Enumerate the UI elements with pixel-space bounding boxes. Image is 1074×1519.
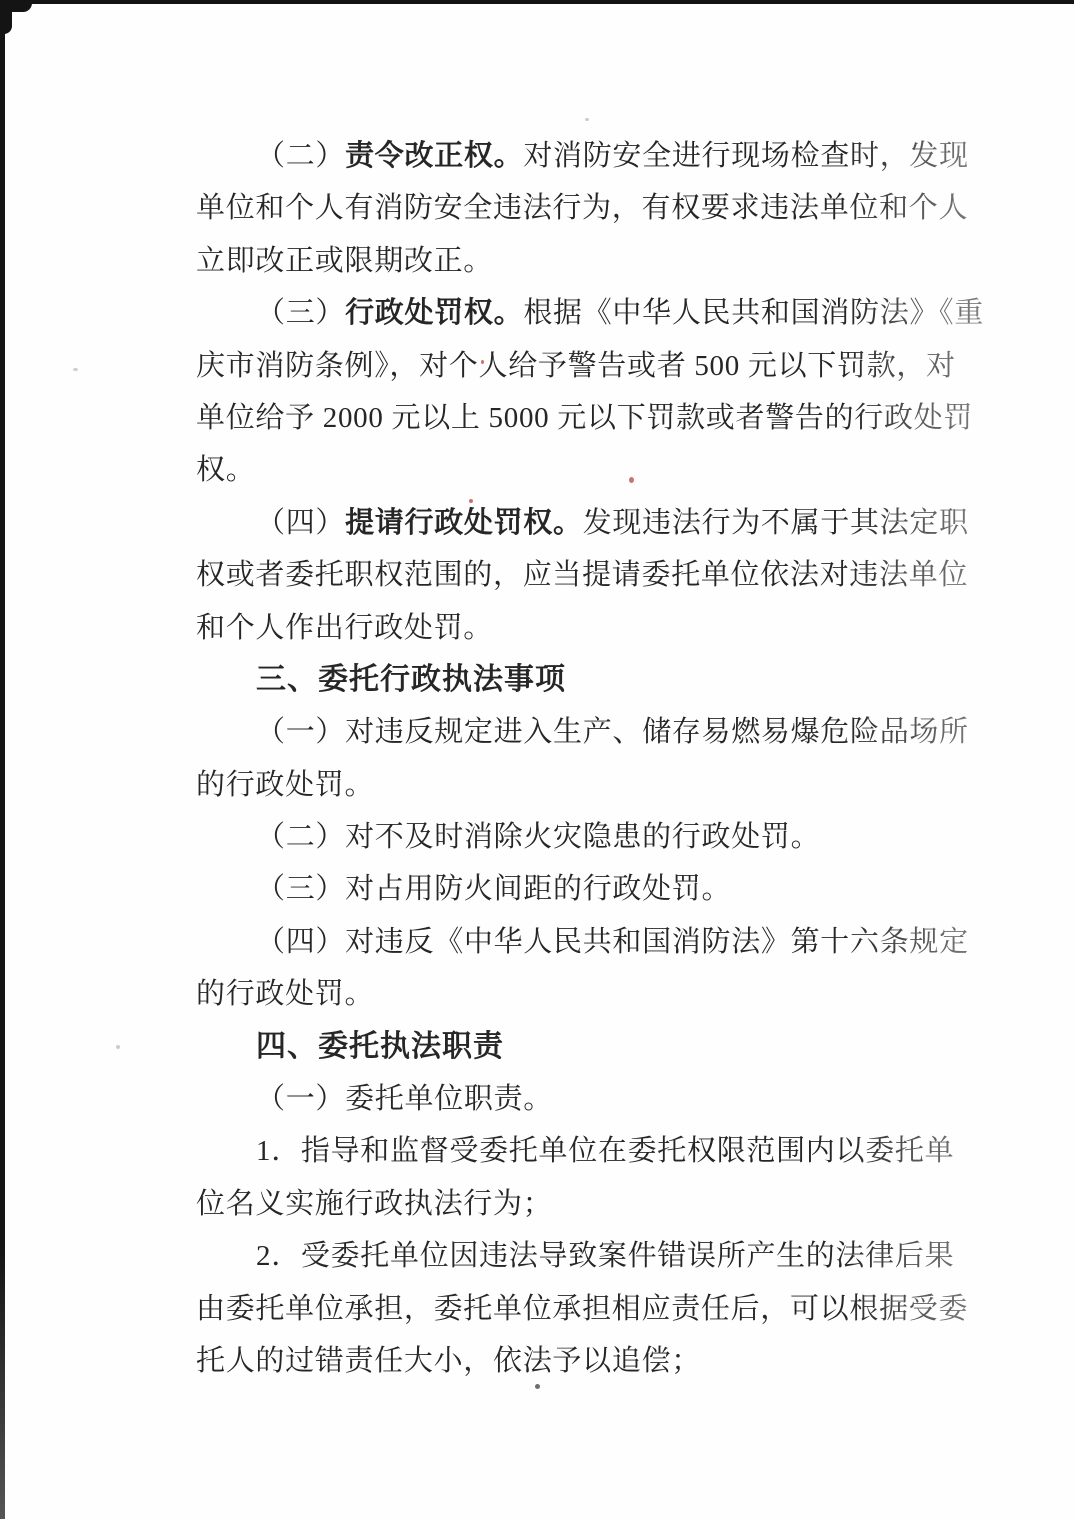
body-text: 2．受委托单位因违法导致案件错误所产生的法律后果 <box>256 1240 954 1272</box>
text-line: （一）委托单位职责。 <box>196 1073 976 1125</box>
text-line: （四）对违反《中华人民共和国消防法》第十六条规定 <box>196 916 976 968</box>
scan-speck <box>585 118 589 121</box>
body-text: （二）对不及时消除火灾隐患的行政处罚。 <box>256 821 820 853</box>
scanned-page: （二）责令改正权。对消防安全进行现场检查时，发现单位和个人有消防安全违法行为，有… <box>0 0 1074 1519</box>
text-line: 立即改正或限期改正。 <box>196 235 976 287</box>
text-line: （三）行政处罚权。根据《中华人民共和国消防法》《重 <box>196 287 976 339</box>
body-text: 庆市消防条例》，对个人给予警告或者 500 元以下罚款，对 <box>196 350 956 382</box>
body-text: 位名义实施行政执法行为； <box>196 1188 552 1220</box>
emphasized-text: 行政处罚权。 <box>345 297 523 329</box>
scan-corner-top-left-vertical <box>0 0 12 34</box>
text-line: 庆市消防条例》，对个人给予警告或者 500 元以下罚款，对 <box>196 340 976 392</box>
scan-speck <box>469 499 473 503</box>
text-line: （四）提请行政处罚权。发现违法行为不属于其法定职 <box>196 497 976 549</box>
text-line: 的行政处罚。 <box>196 968 976 1020</box>
document-body: （二）责令改正权。对消防安全进行现场检查时，发现单位和个人有消防安全违法行为，有… <box>196 130 976 1387</box>
emphasized-text: 三、委托行政执法事项 <box>256 663 566 696</box>
scan-speck <box>629 477 634 483</box>
body-text: 发现违法行为不属于其法定职 <box>583 507 969 539</box>
scan-edge-left <box>0 0 5 1519</box>
body-text: （四）对违反《中华人民共和国消防法》第十六条规定 <box>256 926 969 958</box>
scan-edge-top <box>0 0 1074 4</box>
body-text: 单位和个人有消防安全违法行为，有权要求违法单位和个人 <box>196 192 968 224</box>
body-text: （三）对占用防火间距的行政处罚。 <box>256 873 731 905</box>
scan-speck <box>116 1045 120 1049</box>
text-line: 权或者委托职权范围的，应当提请委托单位依法对违法单位 <box>196 549 976 601</box>
body-text: 对消防安全进行现场检查时，发现 <box>523 140 969 172</box>
body-text: （二） <box>256 140 345 172</box>
text-line: （三）对占用防火间距的行政处罚。 <box>196 863 976 915</box>
scan-speck <box>535 1384 540 1389</box>
text-line: （一）对违反规定进入生产、储存易燃易爆危险品场所 <box>196 706 976 758</box>
body-text: 1．指导和监督受委托单位在委托权限范围内以委托单 <box>256 1135 954 1167</box>
emphasized-text: 四、委托执法职责 <box>256 1030 504 1063</box>
text-line: 由委托单位承担，委托单位承担相应责任后，可以根据受委 <box>196 1283 976 1335</box>
text-line: 的行政处罚。 <box>196 759 976 811</box>
text-line: 单位和个人有消防安全违法行为，有权要求违法单位和个人 <box>196 182 976 234</box>
text-line: 2．受委托单位因违法导致案件错误所产生的法律后果 <box>196 1230 976 1282</box>
body-text: （三） <box>256 297 345 329</box>
body-text: 的行政处罚。 <box>196 769 374 801</box>
section-heading: 四、委托执法职责 <box>196 1021 976 1073</box>
text-line: 托人的过错责任大小，依法予以追偿； <box>196 1335 976 1387</box>
emphasized-text: 责令改正权。 <box>345 140 523 172</box>
text-line: （二）责令改正权。对消防安全进行现场检查时，发现 <box>196 130 976 182</box>
body-text: （四） <box>256 507 345 539</box>
body-text: 根据《中华人民共和国消防法》《重 <box>523 297 984 329</box>
body-text: （一）对违反规定进入生产、储存易燃易爆危险品场所 <box>256 716 969 748</box>
text-line: 单位给予 2000 元以上 5000 元以下罚款或者警告的行政处罚 <box>196 392 976 444</box>
body-text: （一）委托单位职责。 <box>256 1083 553 1115</box>
scan-speck <box>73 368 78 371</box>
emphasized-text: 提请行政处罚权。 <box>345 507 583 539</box>
text-line: 和个人作出行政处罚。 <box>196 602 976 654</box>
scan-speck <box>481 360 484 364</box>
body-text: 和个人作出行政处罚。 <box>196 612 493 644</box>
body-text: 权。 <box>196 454 255 486</box>
body-text: 的行政处罚。 <box>196 978 374 1010</box>
text-line: （二）对不及时消除火灾隐患的行政处罚。 <box>196 811 976 863</box>
body-text: 由委托单位承担，委托单位承担相应责任后，可以根据受委 <box>196 1293 968 1325</box>
body-text: 托人的过错责任大小，依法予以追偿； <box>196 1345 701 1377</box>
text-line: 1．指导和监督受委托单位在委托权限范围内以委托单 <box>196 1125 976 1177</box>
text-line: 权。 <box>196 444 976 496</box>
section-heading: 三、委托行政执法事项 <box>196 654 976 706</box>
text-line: 位名义实施行政执法行为； <box>196 1178 976 1230</box>
body-text: 单位给予 2000 元以上 5000 元以下罚款或者警告的行政处罚 <box>196 402 973 434</box>
body-text: 立即改正或限期改正。 <box>196 245 493 277</box>
body-text: 权或者委托职权范围的，应当提请委托单位依法对违法单位 <box>196 559 968 591</box>
